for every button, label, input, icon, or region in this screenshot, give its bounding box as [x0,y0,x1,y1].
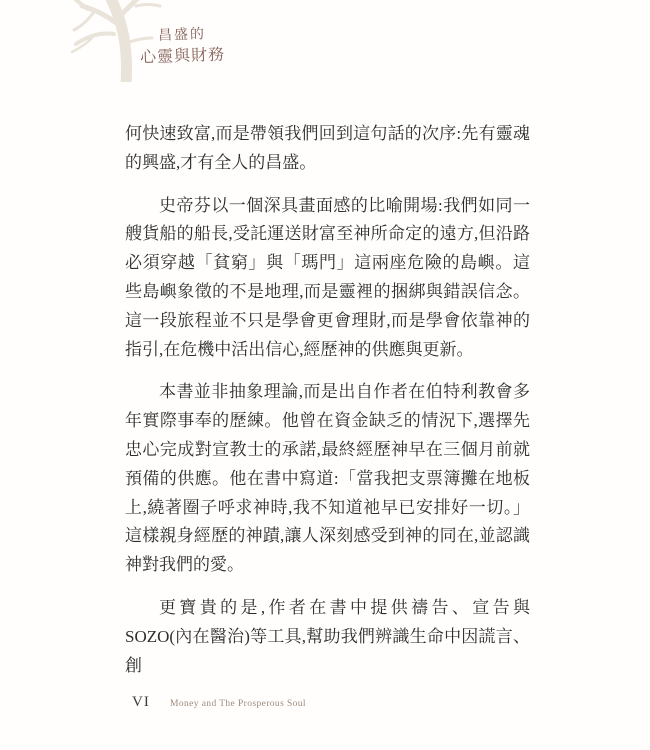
book-title: Money and The Prosperous Soul [170,699,306,709]
page-number: VI [132,694,150,711]
body-text-block: 何快速致富,而是帶領我們回到這句話的次序:先有靈魂的興盛,才有全人的昌盛。 史帝… [125,120,530,694]
brand-title-line2: 心靈與財務 [140,42,226,68]
book-page: 昌盛的 心靈與財務 何快速致富,而是帶領我們回到這句話的次序:先有靈魂的興盛,才… [0,0,650,750]
body-paragraph: 更寶貴的是,作者在書中提供禱告、宣告與 SOZO(內在醫治)等工具,幫助我們辨識… [125,594,530,680]
body-paragraph: 本書並非抽象理論,而是出自作者在伯特利教會多年實際事奉的歷練。他曾在資金缺乏的情… [125,378,530,580]
page-footer: VI Money and The Prosperous Soul [0,692,650,716]
body-paragraph: 何快速致富,而是帶領我們回到這句話的次序:先有靈魂的興盛,才有全人的昌盛。 [125,120,530,178]
body-paragraph: 史帝芬以一個深具畫面感的比喻開場:我們如同一艘貨船的船長,受託運送財富至神所命定… [125,192,530,365]
